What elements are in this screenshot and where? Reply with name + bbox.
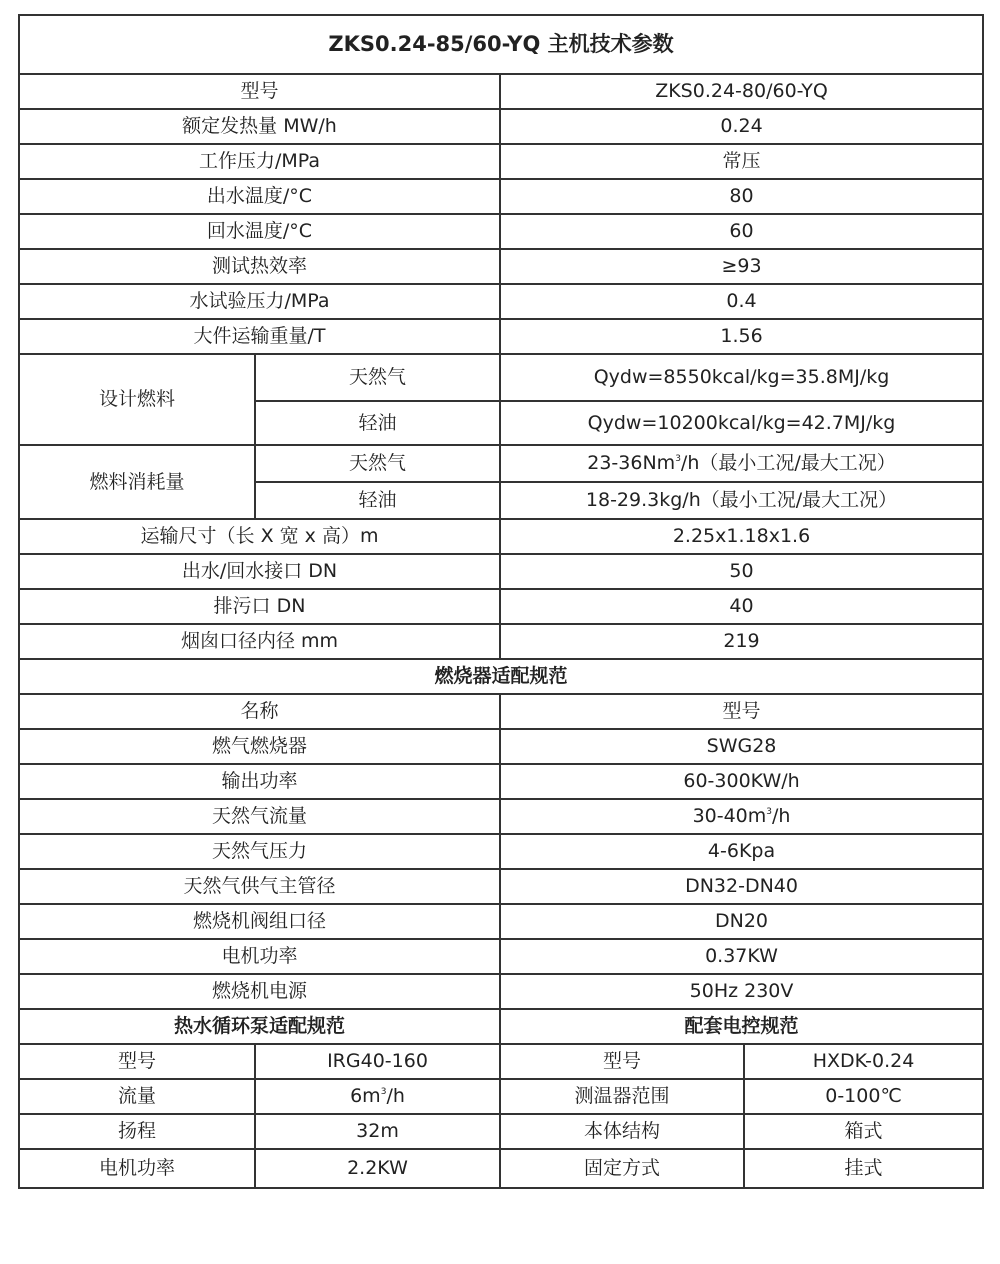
burner-label: 燃烧机电源 [19,974,500,1009]
table-row: 测试热效率 ≥93 [19,249,983,284]
param-label: 烟囱口径内径 mm [19,624,500,659]
burner-value: 4-6Kpa [500,834,983,869]
burner-value: 30-40m3/h [500,799,983,834]
table-row: 运输尺寸（长 X 宽 x 高）m 2.25x1.18x1.6 [19,519,983,554]
param-value: 0.4 [500,284,983,319]
table-row: 天然气流量 30-40m3/h [19,799,983,834]
table-row: 回水温度/°C 60 [19,214,983,249]
fuel-type: 轻油 [255,401,500,445]
param-label: 运输尺寸（长 X 宽 x 高）m [19,519,500,554]
table-row: 额定发热量 MW/h 0.24 [19,109,983,144]
pump-label: 型号 [19,1044,255,1079]
table-row: 流量 6m3/h 测温器范围 0-100℃ [19,1079,983,1114]
param-value: ≥93 [500,249,983,284]
control-label: 测温器范围 [500,1079,744,1114]
control-label: 型号 [500,1044,744,1079]
table-row: 燃气燃烧器 SWG28 [19,729,983,764]
param-value: 2.25x1.18x1.6 [500,519,983,554]
table-row: 燃料消耗量 天然气 23-36Nm3/h（最小工况/最大工况） [19,445,983,482]
pump-label: 扬程 [19,1114,255,1149]
table-row: 输出功率 60-300KW/h [19,764,983,799]
param-label: 出水/回水接口 DN [19,554,500,589]
param-value: ZKS0.24-80/60-YQ [500,74,983,109]
table-row: 电机功率 2.2KW 固定方式 挂式 [19,1149,983,1188]
table-row: 天然气压力 4-6Kpa [19,834,983,869]
control-value: HXDK-0.24 [744,1044,983,1079]
param-label: 额定发热量 MW/h [19,109,500,144]
param-label: 出水温度/°C [19,179,500,214]
table-row: 热水循环泵适配规范 配套电控规范 [19,1009,983,1044]
burner-label: 天然气供气主管径 [19,869,500,904]
param-label: 回水温度/°C [19,214,500,249]
param-value: 常压 [500,144,983,179]
pump-value: IRG40-160 [255,1044,500,1079]
consumption-value: 18-29.3kg/h（最小工况/最大工况） [500,482,983,519]
column-header-model: 型号 [500,694,983,729]
burner-value: DN20 [500,904,983,939]
control-value: 箱式 [744,1114,983,1149]
fuel-value: Qydw=10200kcal/kg=42.7MJ/kg [500,401,983,445]
burner-value: SWG28 [500,729,983,764]
param-value: 60 [500,214,983,249]
pump-value: 2.2KW [255,1149,500,1188]
table-row: 排污口 DN 40 [19,589,983,624]
fuel-consumption-label: 燃料消耗量 [19,445,255,519]
table-row: 设计燃料 天然气 Qydw=8550kcal/kg=35.8MJ/kg [19,354,983,401]
pump-label: 流量 [19,1079,255,1114]
table-row: 水试验压力/MPa 0.4 [19,284,983,319]
table-row: 燃烧机电源 50Hz 230V [19,974,983,1009]
control-label: 固定方式 [500,1149,744,1188]
table-row: 出水/回水接口 DN 50 [19,554,983,589]
table-title: ZKS0.24-85/60-YQ 主机技术参数 [19,15,983,74]
table-row: 扬程 32m 本体结构 箱式 [19,1114,983,1149]
burner-value: 0.37KW [500,939,983,974]
pump-label: 电机功率 [19,1149,255,1188]
fuel-type: 天然气 [255,354,500,401]
pump-value: 32m [255,1114,500,1149]
consumption-value: 23-36Nm3/h（最小工况/最大工况） [500,445,983,482]
burner-label: 天然气压力 [19,834,500,869]
spec-table: ZKS0.24-85/60-YQ 主机技术参数 型号 ZKS0.24-80/60… [18,14,984,1189]
table-row: 工作压力/MPa 常压 [19,144,983,179]
burner-label: 燃烧机阀组口径 [19,904,500,939]
param-label: 测试热效率 [19,249,500,284]
burner-label: 输出功率 [19,764,500,799]
pump-value: 6m3/h [255,1079,500,1114]
burner-label: 电机功率 [19,939,500,974]
param-label: 水试验压力/MPa [19,284,500,319]
param-label: 排污口 DN [19,589,500,624]
fuel-type: 轻油 [255,482,500,519]
table-row: 燃烧机阀组口径 DN20 [19,904,983,939]
param-value: 219 [500,624,983,659]
table-row: 天然气供气主管径 DN32-DN40 [19,869,983,904]
fuel-type: 天然气 [255,445,500,482]
design-fuel-label: 设计燃料 [19,354,255,445]
burner-value: 60-300KW/h [500,764,983,799]
column-header-name: 名称 [19,694,500,729]
burner-label: 天然气流量 [19,799,500,834]
control-section-title: 配套电控规范 [500,1009,983,1044]
fuel-value: Qydw=8550kcal/kg=35.8MJ/kg [500,354,983,401]
pump-section-title: 热水循环泵适配规范 [19,1009,500,1044]
table-row: 电机功率 0.37KW [19,939,983,974]
control-label: 本体结构 [500,1114,744,1149]
table-row: 型号 ZKS0.24-80/60-YQ [19,74,983,109]
param-value: 0.24 [500,109,983,144]
control-value: 0-100℃ [744,1079,983,1114]
param-label: 大件运输重量/T [19,319,500,354]
table-row: 大件运输重量/T 1.56 [19,319,983,354]
control-value: 挂式 [744,1149,983,1188]
burner-section-title: 燃烧器适配规范 [19,659,983,694]
param-value: 40 [500,589,983,624]
table-header-row: 名称 型号 [19,694,983,729]
table-row: 出水温度/°C 80 [19,179,983,214]
burner-label: 燃气燃烧器 [19,729,500,764]
param-label: 型号 [19,74,500,109]
table-row: 型号 IRG40-160 型号 HXDK-0.24 [19,1044,983,1079]
burner-value: DN32-DN40 [500,869,983,904]
table-row: 烟囱口径内径 mm 219 [19,624,983,659]
burner-value: 50Hz 230V [500,974,983,1009]
param-value: 1.56 [500,319,983,354]
param-value: 80 [500,179,983,214]
param-label: 工作压力/MPa [19,144,500,179]
param-value: 50 [500,554,983,589]
